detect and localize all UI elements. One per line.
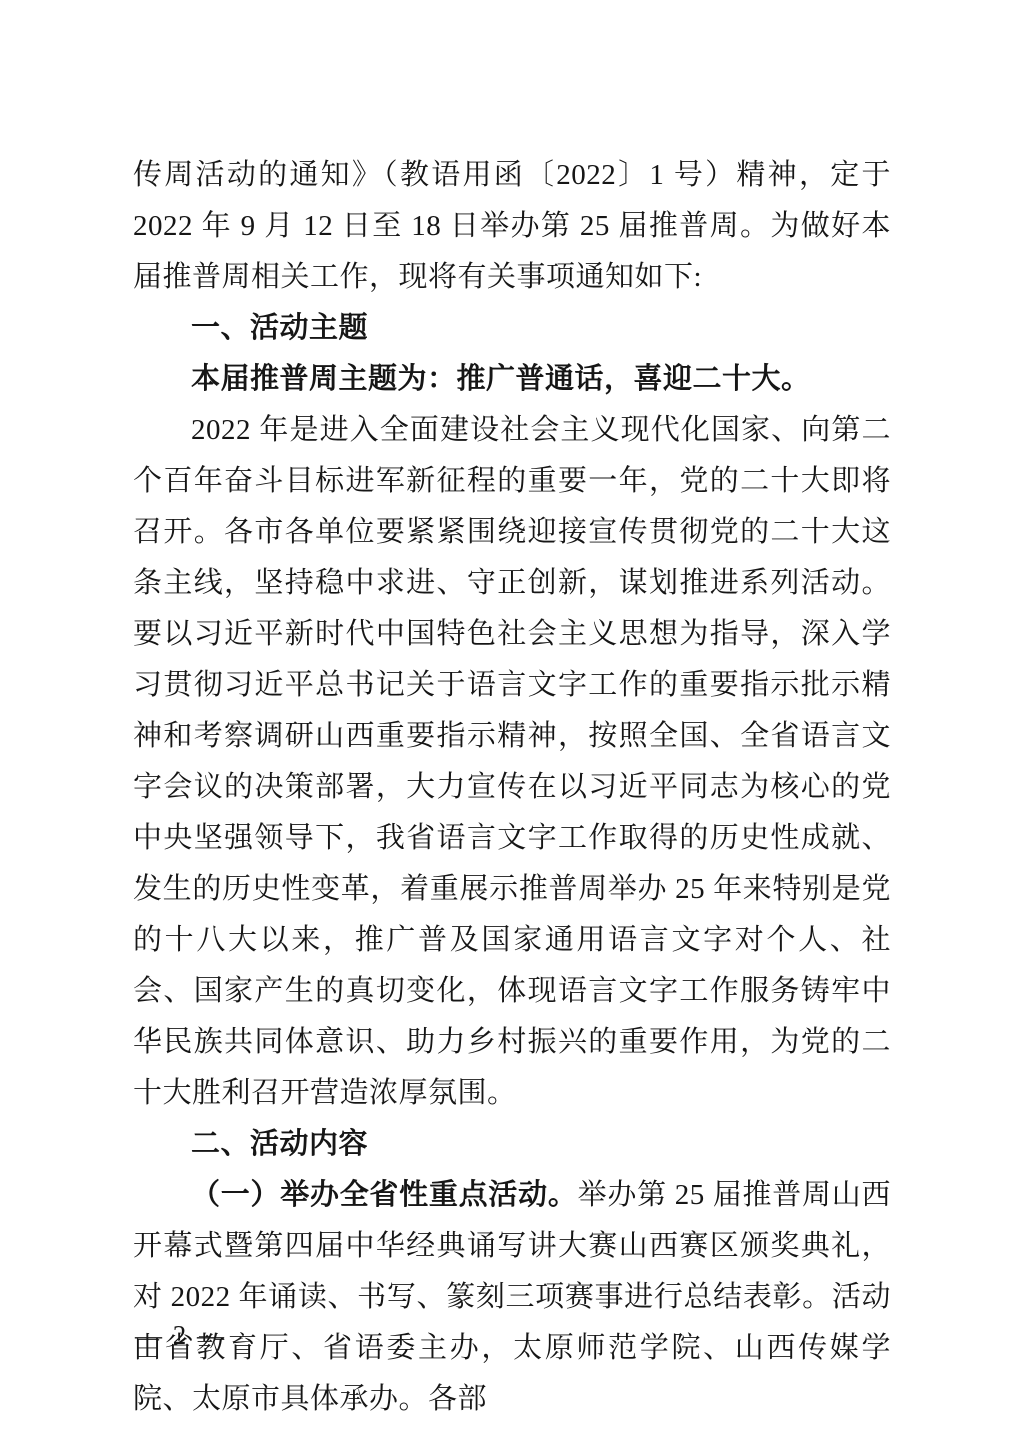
document-page: 传周活动的通知》（教语用函〔2022〕1 号）精神，定于 2022 年 9 月 … <box>0 0 1024 1448</box>
document-body: 传周活动的通知》（教语用函〔2022〕1 号）精神，定于 2022 年 9 月 … <box>133 150 891 1425</box>
page-number: — 2 — <box>135 1320 226 1351</box>
paragraph-continued-from-previous-page: 传周活动的通知》（教语用函〔2022〕1 号）精神，定于 2022 年 9 月 … <box>133 150 891 303</box>
section-heading-activity-theme: 一、活动主题 <box>133 303 891 354</box>
section-heading-activity-content: 二、活动内容 <box>133 1119 891 1170</box>
subsection-body-text: 举办第 25 届推普周山西开幕式暨第四届中华经典诵写讲大赛山西赛区颁奖典礼，对 … <box>133 1179 891 1415</box>
paragraph-theme-background: 2022 年是进入全面建设社会主义现代化国家、向第二个百年奋斗目标进军新征程的重… <box>133 405 891 1119</box>
theme-statement: 本届推普周主题为：推广普通话，喜迎二十大。 <box>133 354 891 405</box>
paragraph-key-activities: （一）举办全省性重点活动。举办第 25 届推普周山西开幕式暨第四届中华经典诵写讲… <box>133 1170 891 1425</box>
subsection-lead-provincial-key-activities: （一）举办全省性重点活动。 <box>191 1179 578 1211</box>
